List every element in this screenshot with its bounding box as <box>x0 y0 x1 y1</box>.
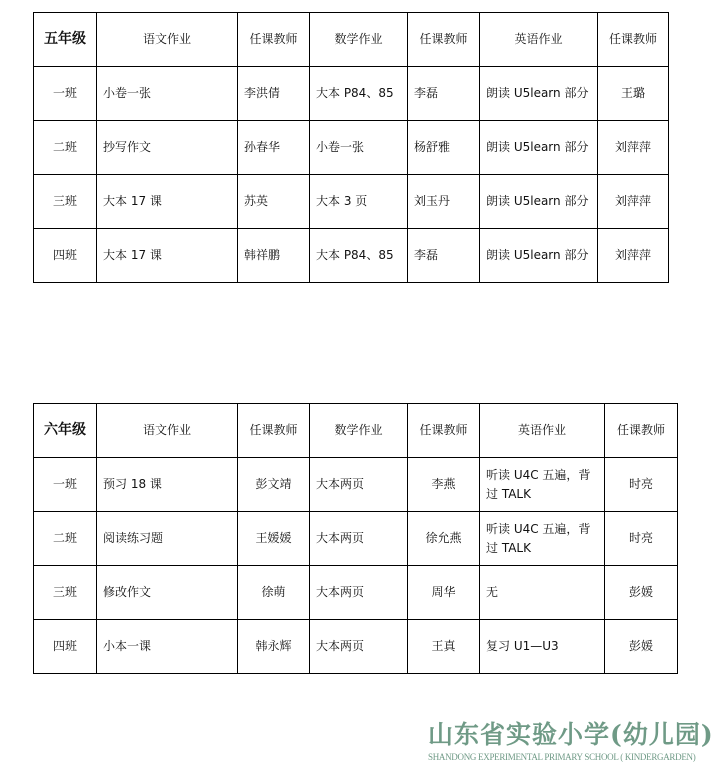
table-row: 四班 小本一课 韩永辉 大本两页 王真 复习 U1—U3 彭媛 <box>34 620 678 674</box>
school-name-english: SHANDONG EXPERIMENTAL PRIMARY SCHOOL ( K… <box>428 751 724 763</box>
table-row: 四班 大本 17 课 韩祥鹏 大本 P84、85 李磊 朗读 U5learn 部… <box>34 229 669 283</box>
math-homework: 大本 P84、85 <box>310 229 408 283</box>
table-header-row: 六年级 语文作业 任课教师 数学作业 任课教师 英语作业 任课教师 <box>34 404 678 458</box>
english-homework: 朗读 U5learn 部分 <box>480 229 598 283</box>
chinese-homework: 大本 17 课 <box>97 229 238 283</box>
math-teacher: 刘玉丹 <box>408 175 480 229</box>
header-math-homework: 数学作业 <box>310 13 408 67</box>
class-name: 三班 <box>34 566 97 620</box>
header-math-teacher: 任课教师 <box>408 404 480 458</box>
english-homework: 无 <box>480 566 605 620</box>
header-chinese-teacher: 任课教师 <box>238 13 310 67</box>
header-english-teacher: 任课教师 <box>605 404 678 458</box>
grade5-homework-table: 五年级 语文作业 任课教师 数学作业 任课教师 英语作业 任课教师 一班 小卷一… <box>33 12 669 283</box>
chinese-homework: 小本一课 <box>97 620 238 674</box>
chinese-teacher: 韩祥鹏 <box>238 229 310 283</box>
chinese-homework: 抄写作文 <box>97 121 238 175</box>
header-chinese-teacher: 任课教师 <box>238 404 310 458</box>
grade-label: 五年级 <box>34 13 97 67</box>
class-name: 四班 <box>34 620 97 674</box>
math-teacher: 李磊 <box>408 67 480 121</box>
chinese-homework: 修改作文 <box>97 566 238 620</box>
header-english-homework: 英语作业 <box>480 13 598 67</box>
math-homework: 大本两页 <box>310 512 408 566</box>
header-chinese-homework: 语文作业 <box>97 13 238 67</box>
math-homework: 大本两页 <box>310 620 408 674</box>
header-math-teacher: 任课教师 <box>408 13 480 67</box>
grade6-homework-table: 六年级 语文作业 任课教师 数学作业 任课教师 英语作业 任课教师 一班 预习 … <box>33 403 678 674</box>
chinese-teacher: 韩永辉 <box>238 620 310 674</box>
header-chinese-homework: 语文作业 <box>97 404 238 458</box>
english-teacher: 时亮 <box>605 458 678 512</box>
english-teacher: 彭媛 <box>605 566 678 620</box>
class-name: 二班 <box>34 512 97 566</box>
chinese-homework: 预习 18 课 <box>97 458 238 512</box>
chinese-teacher: 孙春华 <box>238 121 310 175</box>
table-header-row: 五年级 语文作业 任课教师 数学作业 任课教师 英语作业 任课教师 <box>34 13 669 67</box>
math-homework: 大本两页 <box>310 458 408 512</box>
class-name: 一班 <box>34 67 97 121</box>
chinese-teacher: 徐萌 <box>238 566 310 620</box>
table-row: 二班 阅读练习题 王媛媛 大本两页 徐允燕 听读 U4C 五遍，背过 TALK … <box>34 512 678 566</box>
chinese-teacher: 李洪倩 <box>238 67 310 121</box>
class-name: 一班 <box>34 458 97 512</box>
table-row: 三班 大本 17 课 苏英 大本 3 页 刘玉丹 朗读 U5learn 部分 刘… <box>34 175 669 229</box>
math-teacher: 李磊 <box>408 229 480 283</box>
table-row: 一班 预习 18 课 彭文靖 大本两页 李燕 听读 U4C 五遍，背过 TALK… <box>34 458 678 512</box>
header-english-homework: 英语作业 <box>480 404 605 458</box>
table-row: 一班 小卷一张 李洪倩 大本 P84、85 李磊 朗读 U5learn 部分 王… <box>34 67 669 121</box>
english-teacher: 刘萍萍 <box>598 121 669 175</box>
math-homework: 大本 3 页 <box>310 175 408 229</box>
math-teacher: 周华 <box>408 566 480 620</box>
english-homework: 朗读 U5learn 部分 <box>480 175 598 229</box>
math-teacher: 杨舒雅 <box>408 121 480 175</box>
school-watermark-logo: 山东省实验小学(幼儿园) SHANDONG EXPERIMENTAL PRIMA… <box>428 720 724 763</box>
chinese-teacher: 彭文靖 <box>238 458 310 512</box>
school-name-chinese: 山东省实验小学(幼儿园) <box>428 720 724 750</box>
english-homework: 朗读 U5learn 部分 <box>480 67 598 121</box>
english-homework: 听读 U4C 五遍，背过 TALK <box>480 512 605 566</box>
math-homework: 大本 P84、85 <box>310 67 408 121</box>
header-math-homework: 数学作业 <box>310 404 408 458</box>
english-teacher: 刘萍萍 <box>598 175 669 229</box>
math-teacher: 王真 <box>408 620 480 674</box>
class-name: 三班 <box>34 175 97 229</box>
english-teacher: 王璐 <box>598 67 669 121</box>
chinese-homework: 大本 17 课 <box>97 175 238 229</box>
class-name: 四班 <box>34 229 97 283</box>
table-row: 二班 抄写作文 孙春华 小卷一张 杨舒雅 朗读 U5learn 部分 刘萍萍 <box>34 121 669 175</box>
chinese-homework: 小卷一张 <box>97 67 238 121</box>
english-teacher: 时亮 <box>605 512 678 566</box>
grade-label: 六年级 <box>34 404 97 458</box>
chinese-teacher: 王媛媛 <box>238 512 310 566</box>
class-name: 二班 <box>34 121 97 175</box>
chinese-teacher: 苏英 <box>238 175 310 229</box>
math-teacher: 李燕 <box>408 458 480 512</box>
english-teacher: 彭媛 <box>605 620 678 674</box>
math-homework: 大本两页 <box>310 566 408 620</box>
english-homework: 听读 U4C 五遍，背过 TALK <box>480 458 605 512</box>
header-english-teacher: 任课教师 <box>598 13 669 67</box>
english-teacher: 刘萍萍 <box>598 229 669 283</box>
table-row: 三班 修改作文 徐萌 大本两页 周华 无 彭媛 <box>34 566 678 620</box>
english-homework: 复习 U1—U3 <box>480 620 605 674</box>
math-homework: 小卷一张 <box>310 121 408 175</box>
chinese-homework: 阅读练习题 <box>97 512 238 566</box>
math-teacher: 徐允燕 <box>408 512 480 566</box>
english-homework: 朗读 U5learn 部分 <box>480 121 598 175</box>
